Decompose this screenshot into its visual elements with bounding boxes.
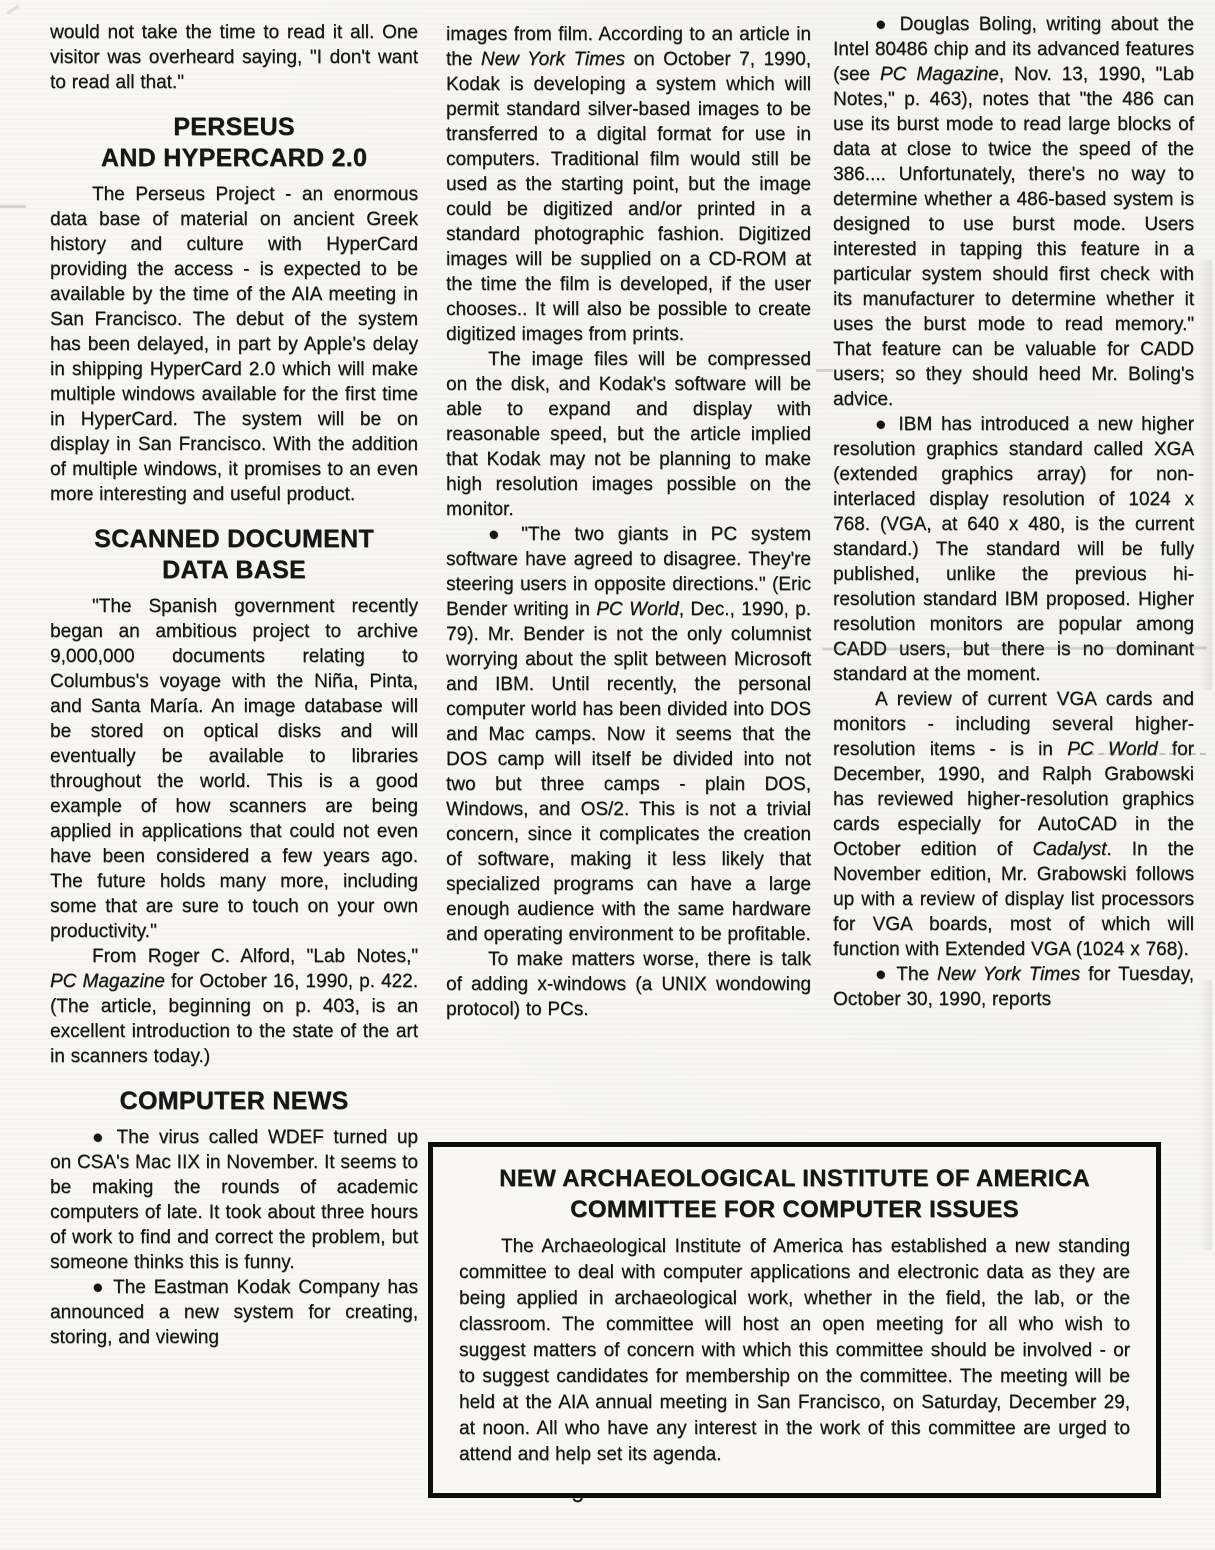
scan-artifact xyxy=(1198,980,1212,1250)
vga-review-paragraph: A review of current VGA cards and monito… xyxy=(833,687,1194,962)
image-files-paragraph: The image files will be compressed on th… xyxy=(446,347,811,522)
perseus-paragraph: The Perseus Project - an enormous data b… xyxy=(50,182,418,507)
news-item-boling: ● Douglas Boling, writing about the Inte… xyxy=(833,12,1194,412)
news-item-nyt: ● The New York Times for Tuesday, Octobe… xyxy=(833,962,1194,1012)
kodak-continued-paragraph: images from film. According to an articl… xyxy=(446,22,811,347)
scanned-newsletter-page: { "page": { "footer": "- 5 -", "colors":… xyxy=(0,0,1215,1550)
right-column: ● Douglas Boling, writing about the Inte… xyxy=(833,12,1194,1012)
scan-artifact xyxy=(816,369,833,372)
news-item-kodak: ● The Eastman Kodak Company has announce… xyxy=(50,1275,418,1350)
scan-artifact xyxy=(1078,753,1206,755)
perseus-heading: PERSEUS AND HYPERCARD 2.0 xyxy=(50,112,418,174)
news-item-two-giants: ● "The two giants in PC system software … xyxy=(446,522,811,947)
scanned-document-heading: SCANNED DOCUMENT DATA BASE xyxy=(50,524,418,586)
announcement-box: NEW ARCHAEOLOGICAL INSTITUTE OF AMERICA … xyxy=(428,1142,1161,1498)
scanned-document-paragraph: "The Spanish government recently began a… xyxy=(50,594,418,944)
x-windows-paragraph: To make matters worse, there is talk of … xyxy=(446,947,811,1022)
scanned-document-source: From Roger C. Alford, "Lab Notes," PC Ma… xyxy=(50,944,418,1069)
continuation-paragraph: would not take the time to read it all. … xyxy=(50,20,418,95)
scan-artifact xyxy=(6,4,19,14)
scan-artifact xyxy=(0,205,26,208)
computer-news-heading: COMPUTER NEWS xyxy=(50,1086,418,1117)
announcement-box-heading: NEW ARCHAEOLOGICAL INSTITUTE OF AMERICA … xyxy=(459,1163,1130,1225)
announcement-box-body: The Archaeological Institute of America … xyxy=(459,1234,1130,1468)
news-item-wdef: ● The virus called WDEF turned up on CSA… xyxy=(50,1125,418,1275)
middle-column: images from film. According to an articl… xyxy=(446,22,811,1022)
scan-artifact xyxy=(1198,260,1212,690)
left-column: would not take the time to read it all. … xyxy=(50,20,418,1350)
